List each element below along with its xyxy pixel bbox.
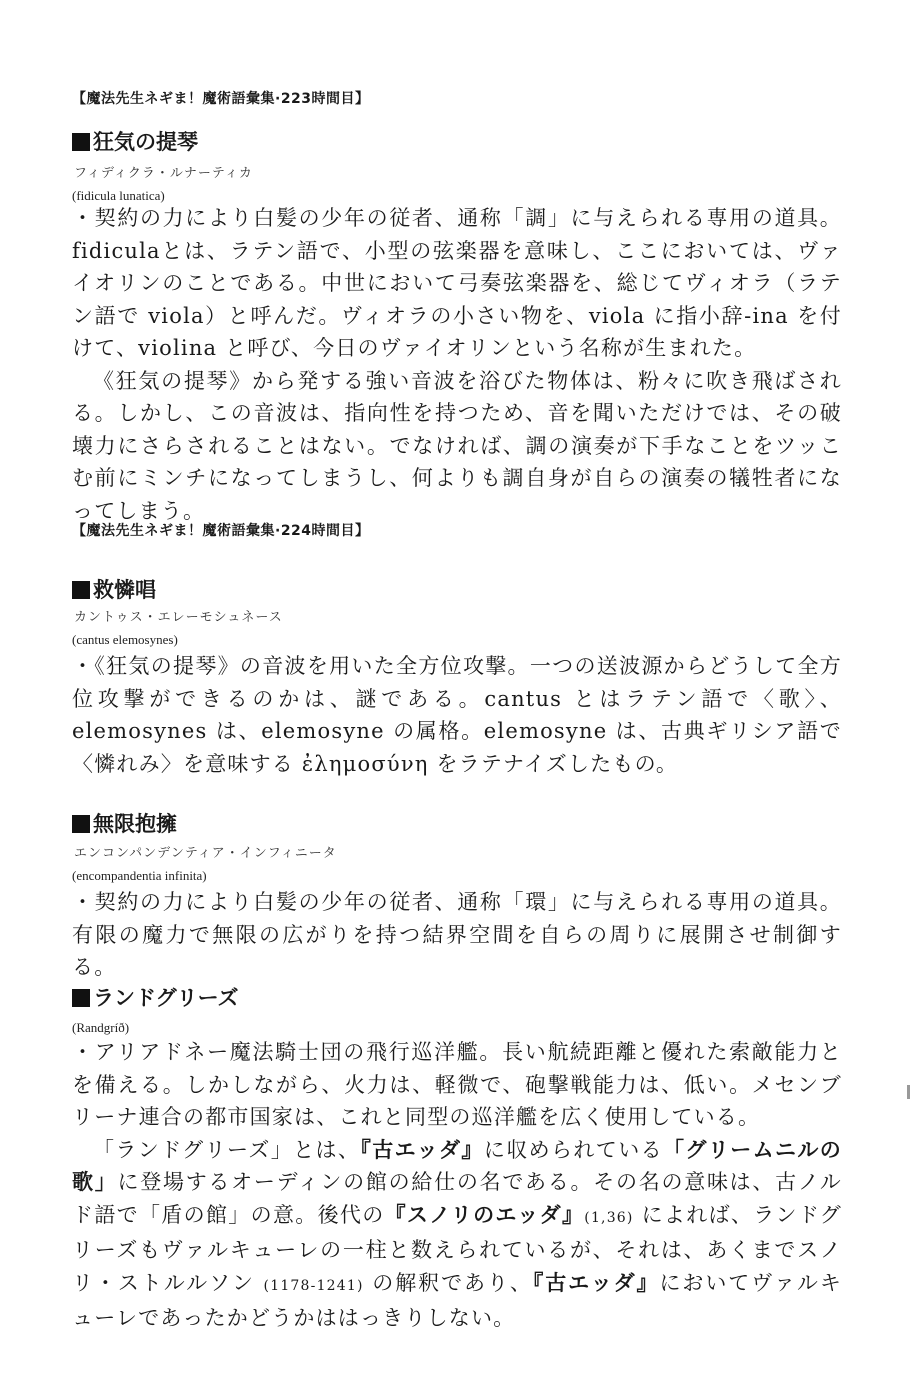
square-bullet-icon — [72, 989, 90, 1007]
entry-title-encompandentia: 無限抱擁 — [72, 808, 177, 838]
entry-body: ・《狂気の提琴》の音波を用いた全方位攻撃。一つの送波源からどうして全方位攻撃がで… — [72, 650, 842, 780]
title-kodai-edda: 『古エッダ』 — [360, 1138, 483, 1162]
square-bullet-icon — [72, 581, 90, 599]
title-snorra-edda: 『スノリのエッダ』 — [385, 1203, 585, 1227]
paragraph: 《狂気の提琴》から発する強い音波を浴びた物体は、粉々に吹き飛ばされる。しかし、こ… — [72, 365, 842, 528]
scan-edge-mark — [907, 1085, 910, 1099]
entry-katakana: カントゥス・エレーモシュネース — [74, 606, 283, 625]
paragraph: ・《狂気の提琴》の音波を用いた全方位攻撃。一つの送波源からどうして全方位攻撃がで… — [72, 650, 842, 780]
paragraph: ・契約の力により白髪の少年の従者、通称「環」に与えられる専用の道具。有限の魔力で… — [72, 886, 842, 984]
square-bullet-icon — [72, 815, 90, 833]
chapter-header-223: 【魔法先生ネギま！魔術語彙集·223時間目】 — [72, 88, 370, 108]
entry-latin: (cantus elemosynes) — [72, 632, 178, 648]
paragraph: ・アリアドネー魔法騎士団の飛行巡洋艦。長い航続距離と優れた索敵能力とを備える。し… — [72, 1036, 842, 1134]
entry-body: ・契約の力により白髪の少年の従者、通称「環」に与えられる専用の道具。有限の魔力で… — [72, 886, 842, 984]
paragraph: ・契約の力により白髪の少年の従者、通称「調」に与えられる専用の道具。fidicu… — [72, 202, 842, 365]
entry-title-randgrid: ランドグリーズ — [72, 982, 239, 1012]
entry-body: ・契約の力により白髪の少年の従者、通称「調」に与えられる専用の道具。fidicu… — [72, 202, 842, 527]
entry-title-cantus: 救憐唱 — [72, 574, 156, 604]
entry-latin: (encompandentia infinita) — [72, 868, 207, 884]
entry-body: ・アリアドネー魔法騎士団の飛行巡洋艦。長い航続距離と優れた索敵能力とを備える。し… — [72, 1036, 842, 1335]
paragraph: 「ランドグリーズ」とは、『古エッダ』に収められている「グリームニルの歌」に登場す… — [72, 1134, 842, 1335]
entry-title-fidicula: 狂気の提琴 — [72, 126, 198, 156]
square-bullet-icon — [72, 133, 90, 151]
title-kodai-edda: 『古エッダ』 — [533, 1271, 660, 1295]
entry-latin: (Randgríð) — [72, 1020, 129, 1036]
entry-katakana: エンコンパンデンティア・インフィニータ — [74, 842, 337, 861]
chapter-header-224: 【魔法先生ネギま！魔術語彙集·224時間目】 — [72, 520, 370, 540]
entry-katakana: フィディクラ・ルナーティカ — [74, 162, 253, 181]
